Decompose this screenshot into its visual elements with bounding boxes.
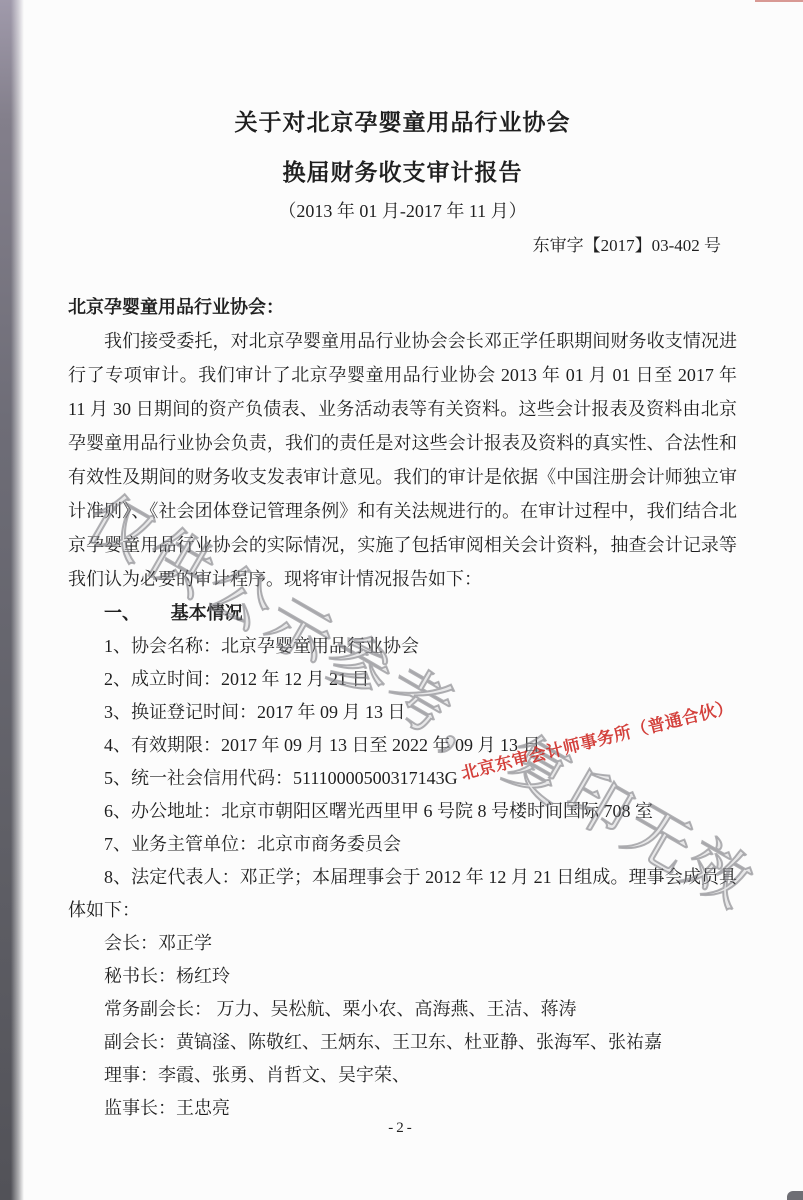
basic-info-item: 1、协会名称：北京孕婴童用品行业协会 xyxy=(68,630,737,663)
officer-line-president: 会长：邓正学 xyxy=(68,927,737,960)
document-content: 关于对北京孕婴童用品行业协会 换届财务收支审计报告 （2013 年 01 月-2… xyxy=(0,0,803,1125)
page-number: -2- xyxy=(0,1120,803,1137)
report-title-line2: 换届财务收支审计报告 xyxy=(68,156,737,190)
salutation: 北京孕婴童用品行业协会： xyxy=(68,290,737,324)
intro-paragraph: 我们接受委托，对北京孕婴童用品行业协会会长邓正学任职期间财务收支情况进行了专项审… xyxy=(68,324,737,596)
report-title-line1: 关于对北京孕婴童用品行业协会 xyxy=(68,106,737,140)
document-reference-number: 东审字【2017】03-402 号 xyxy=(68,230,737,262)
officer-line-secretary-general: 秘书长：杨红玲 xyxy=(68,960,737,993)
scan-top-right-artifact xyxy=(755,0,803,2)
section-heading-number: 一、 xyxy=(104,603,140,623)
officer-line-vice-presidents: 副会长：黄镐滏、陈敬红、王炳东、王卫东、杜亚静、张海军、张祐嘉 xyxy=(68,1026,737,1059)
section-heading-title: 基本情况 xyxy=(171,603,243,623)
officer-line-directors: 理事：李霞、张勇、肖哲文、吴宇荣、 xyxy=(68,1059,737,1092)
basic-info-item: 8、法定代表人：邓正学；本届理事会于 2012 年 12 月 21 日组成。理事… xyxy=(68,861,737,927)
officer-line-executive-vice-presidents: 常务副会长： 万力、吴松航、栗小农、高海燕、王洁、蒋涛 xyxy=(68,993,737,1026)
scanned-audit-report-page: 仅供公示参考，复印无效 北京东审会计师事务所（普通合伙） 关于对北京孕婴童用品行… xyxy=(0,0,803,1200)
section-heading: 一、基本情况 xyxy=(68,596,737,630)
basic-info-item: 7、业务主管单位：北京市商务委员会 xyxy=(68,828,737,861)
basic-info-item: 5、统一社会信用代码：51110000500317143G xyxy=(68,762,737,795)
basic-info-item: 2、成立时间：2012 年 12 月 21 日 xyxy=(68,663,737,696)
report-period: （2013 年 01 月-2017 年 11 月） xyxy=(68,196,737,226)
scan-left-edge-shadow xyxy=(0,0,24,1200)
scan-bottom-right-artifact xyxy=(787,1191,803,1200)
basic-info-item: 6、办公地址：北京市朝阳区曙光西里甲 6 号院 8 号楼时间国际 708 室 xyxy=(68,795,737,828)
